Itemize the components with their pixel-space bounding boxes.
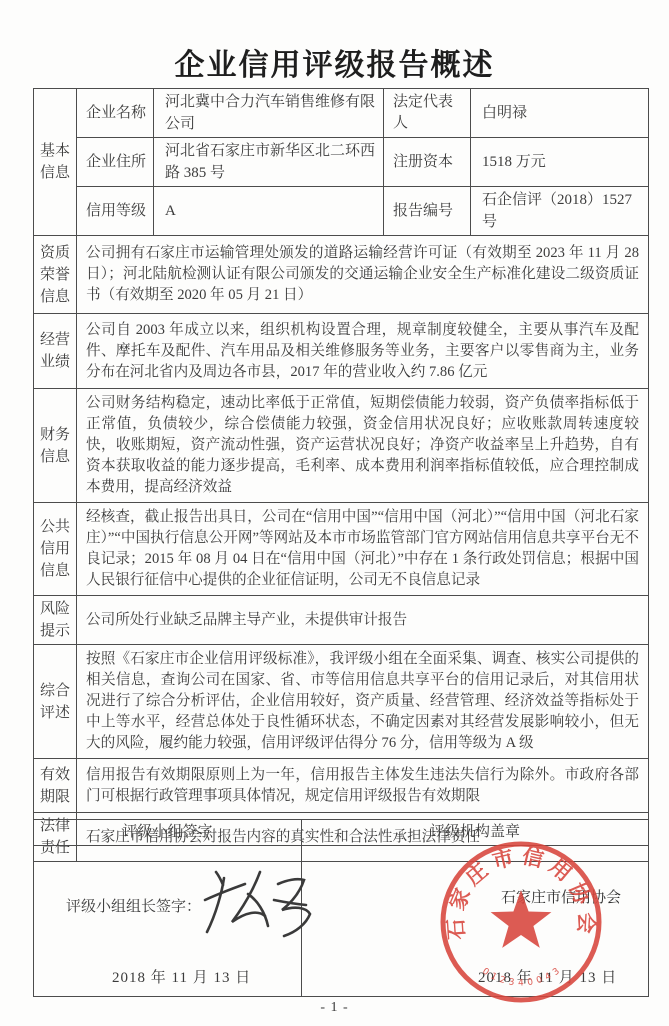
- signature-date: 2018 年 11 月 13 日: [112, 968, 251, 989]
- section-label-financial: 财务信息: [34, 389, 77, 503]
- page-number: - 1 -: [0, 1000, 669, 1016]
- table-row-financial: 财务信息 公司财务结构稳定，速动比率低于正常值，短期偿债能力较弱，资产负债率指标…: [34, 389, 649, 503]
- section-label-performance: 经营业绩: [34, 314, 77, 389]
- section-text-financial: 公司财务结构稳定，速动比率低于正常值，短期偿债能力较弱，资产负债率指标低于正常值…: [77, 389, 649, 503]
- field-key-registered-capital: 注册资本: [384, 138, 471, 187]
- field-key-address: 企业住所: [77, 138, 154, 187]
- table-row-basic-3: 信用等级 A 报告编号 石企信评（2018）1527 号: [34, 187, 649, 236]
- section-text-validity: 信用报告有效期限原则上为一年，信用报告主体发生违法失信行为除外。市政府各部门可根…: [77, 759, 649, 813]
- section-label-summary: 综合评述: [34, 645, 77, 759]
- signature-table: 评级小组签字 评级机构盖章 评级小组组长签字： 2018 年: [33, 819, 649, 997]
- table-row-performance: 经营业绩 公司自 2003 年成立以来，组织机构设置合理，规章制度较健全，主要从…: [34, 314, 649, 389]
- stamp-cell: 石家庄市信用协会 2018 年 11 月 13 日 石家庄市信用协会 01234…: [302, 846, 649, 997]
- section-label-validity: 有效期限: [34, 759, 77, 813]
- section-text-risk: 公司所处行业缺乏品牌主导产业，未提供审计报告: [77, 596, 649, 645]
- table-row-basic-1: 基本信息 企业名称 河北冀中合力汽车销售维修有限公司 法定代表人 白明禄: [34, 89, 649, 138]
- document-title: 企业信用评级报告概述: [0, 40, 669, 84]
- table-row-validity: 有效期限 信用报告有效期限原则上为一年，信用报告主体发生违法失信行为除外。市政府…: [34, 759, 649, 813]
- signature-cell: 评级小组组长签字： 2018 年 11 月 13 日: [34, 846, 302, 997]
- field-key-report-number: 报告编号: [384, 187, 471, 236]
- official-seal-stamp: 石家庄市信用协会 0123400430: [435, 836, 607, 1008]
- field-key-company-name: 企业名称: [77, 89, 154, 138]
- section-text-public-credit: 经核查，截止报告出具日，公司在“信用中国”“信用中国（河北）”“信用中国（河北石…: [77, 503, 649, 596]
- field-key-credit-grade: 信用等级: [77, 187, 154, 236]
- stamp-star-icon: [491, 890, 552, 948]
- field-value-credit-grade: A: [154, 187, 384, 236]
- field-value-legal-rep: 白明禄: [471, 89, 649, 138]
- report-table: 基本信息 企业名称 河北冀中合力汽车销售维修有限公司 法定代表人 白明禄 企业住…: [33, 88, 649, 862]
- field-value-report-number: 石企信评（2018）1527 号: [471, 187, 649, 236]
- leader-signature-label: 评级小组组长签字：: [66, 897, 201, 918]
- field-key-legal-rep: 法定代表人: [384, 89, 471, 138]
- table-row-summary: 综合评述 按照《石家庄市企业信用评级标准》，我评级小组在全面采集、调查、核实公司…: [34, 645, 649, 759]
- document-page: 企业信用评级报告概述 基本信息 企业名称 河北冀中合力汽车销售维修有限公司 法定…: [0, 0, 669, 1026]
- field-value-registered-capital: 1518 万元: [471, 138, 649, 187]
- field-value-company-name: 河北冀中合力汽车销售维修有限公司: [154, 89, 384, 138]
- section-label-qualifications: 资质荣誉信息: [34, 236, 77, 314]
- section-text-performance: 公司自 2003 年成立以来，组织机构设置合理，规章制度较健全，主要从事汽车及配…: [77, 314, 649, 389]
- table-row-qualifications: 资质荣誉信息 公司拥有石家庄市运输管理处颁发的道路运输经营许可证（有效期至 20…: [34, 236, 649, 314]
- section-text-qualifications: 公司拥有石家庄市运输管理处颁发的道路运输经营许可证（有效期至 2023 年 11…: [77, 236, 649, 314]
- section-label-basic: 基本信息: [34, 89, 77, 236]
- section-label-risk: 风险提示: [34, 596, 77, 645]
- signature-body-row: 评级小组组长签字： 2018 年 11 月 13 日 石家庄市信用协会: [34, 846, 649, 997]
- table-row-basic-2: 企业住所 河北省石家庄市新华区北二环西路 385 号 注册资本 1518 万元: [34, 138, 649, 187]
- section-label-public-credit: 公共信用信息: [34, 503, 77, 596]
- table-row-public-credit: 公共信用信息 经核查，截止报告出具日，公司在“信用中国”“信用中国（河北）”“信…: [34, 503, 649, 596]
- field-value-address: 河北省石家庄市新华区北二环西路 385 号: [154, 138, 384, 187]
- section-text-summary: 按照《石家庄市企业信用评级标准》，我评级小组在全面采集、调查、核实公司提供的相关…: [77, 645, 649, 759]
- signature-header-left: 评级小组签字: [34, 820, 302, 846]
- table-row-risk: 风险提示 公司所处行业缺乏品牌主导产业，未提供审计报告: [34, 596, 649, 645]
